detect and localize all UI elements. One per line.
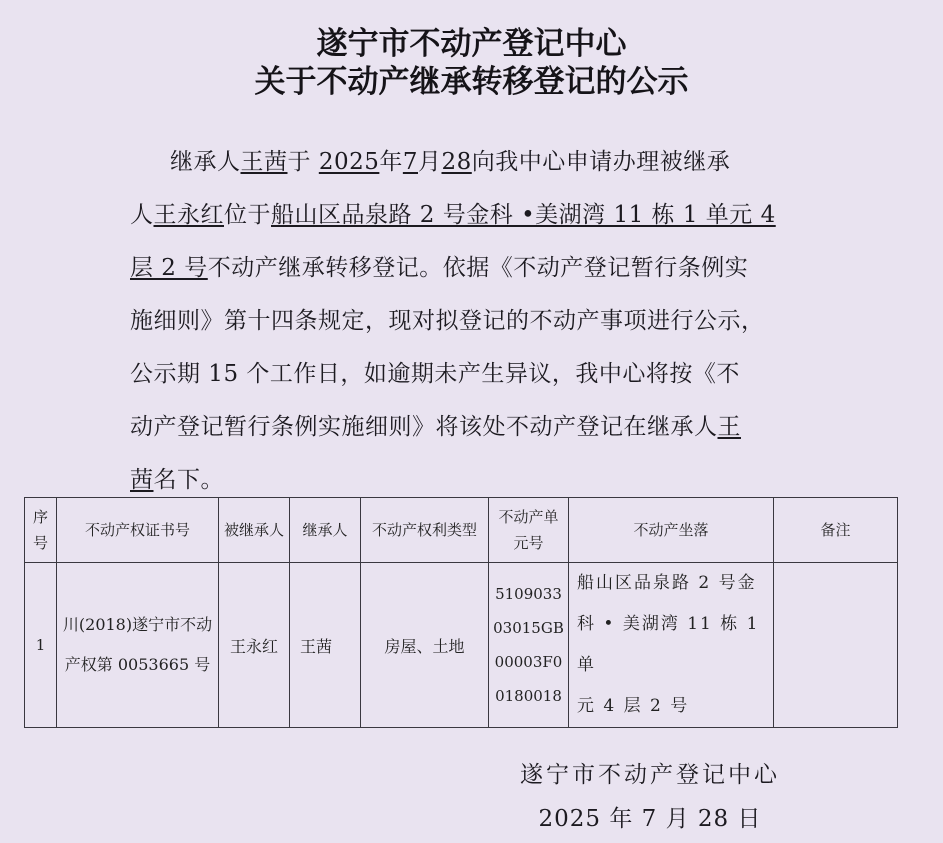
cell-decedent: 王永红	[219, 563, 290, 728]
cell-heir: 王茜	[290, 563, 361, 728]
title-line-1: 遂宁市不动产登记中心	[0, 24, 943, 64]
col-header-heir: 继承人	[290, 498, 361, 563]
text: 年	[379, 149, 403, 175]
text: 向我中心申请办理被继承	[472, 149, 731, 175]
body-line-2: 人王永红位于船山区品泉路 2 号金科 •美湖湾 11 栋 1 单元 4	[130, 189, 810, 242]
text: 人	[130, 202, 154, 228]
col-header-location: 不动产坐落	[569, 498, 774, 563]
body-line-5: 公示期 15 个工作日，如逾期未产生异议，我中心将按《不	[130, 348, 810, 401]
cell-right-type: 房屋、土地	[361, 563, 489, 728]
property-table: 序号 不动产权证书号 被继承人 继承人 不动产权利类型 不动产单元号 不动产坐落…	[24, 497, 898, 728]
apply-year: 2025	[319, 149, 380, 175]
text: 名下。	[154, 467, 225, 493]
signature-date: 2025 年 7 月 28 日	[480, 800, 820, 833]
text: 不动产继承转移登记。依据《不动产登记暂行条例实	[208, 255, 749, 281]
col-header-seq: 序号	[25, 498, 57, 563]
col-header-unit-no: 不动产单元号	[489, 498, 569, 563]
col-header-cert: 不动产权证书号	[57, 498, 219, 563]
table-row: 1 川(2018)遂宁市不动产权第 0053665 号 王永红 王茜 房屋、土地…	[25, 563, 898, 728]
cell-cert: 川(2018)遂宁市不动产权第 0053665 号	[57, 563, 219, 728]
body-line-6: 动产登记暂行条例实施细则》将该处不动产登记在继承人王	[130, 401, 810, 454]
text: 继承人	[170, 149, 241, 175]
text: 于	[288, 149, 319, 175]
property-address-cont: 层 2 号	[130, 255, 208, 281]
col-header-right-type: 不动产权利类型	[361, 498, 489, 563]
heir-name-cont: 茜	[130, 467, 154, 493]
apply-day: 28	[442, 149, 472, 175]
apply-month: 7	[403, 149, 418, 175]
heir-name: 王	[718, 414, 742, 440]
text: 月	[418, 149, 442, 175]
body-line-1: 继承人王茜于 2025年7月28向我中心申请办理被继承	[170, 136, 850, 189]
heir-name: 王茜	[241, 149, 288, 175]
cell-location: 船山区品泉路 2 号金科 • 美湖湾 11 栋 1 单元 4 层 2 号	[569, 563, 774, 728]
body-line-3: 层 2 号不动产继承转移登记。依据《不动产登记暂行条例实	[130, 242, 810, 295]
property-address: 船山区品泉路 2 号金科 •美湖湾 11 栋 1 单元 4	[271, 202, 776, 228]
cell-remark	[774, 563, 898, 728]
decedent-name: 王永红	[154, 202, 225, 228]
col-header-decedent: 被继承人	[219, 498, 290, 563]
cell-unit-no: 510903303015GB00003F00180018	[489, 563, 569, 728]
title-line-2: 关于不动产继承转移登记的公示	[0, 62, 943, 102]
table-header-row: 序号 不动产权证书号 被继承人 继承人 不动产权利类型 不动产单元号 不动产坐落…	[25, 498, 898, 563]
col-header-remark: 备注	[774, 498, 898, 563]
cell-seq: 1	[25, 563, 57, 728]
text: 动产登记暂行条例实施细则》将该处不动产登记在继承人	[130, 414, 718, 440]
body-line-4: 施细则》第十四条规定，现对拟登记的不动产事项进行公示，	[130, 295, 810, 348]
text: 位于	[224, 202, 271, 228]
signature-org: 遂宁市不动产登记中心	[480, 756, 820, 789]
